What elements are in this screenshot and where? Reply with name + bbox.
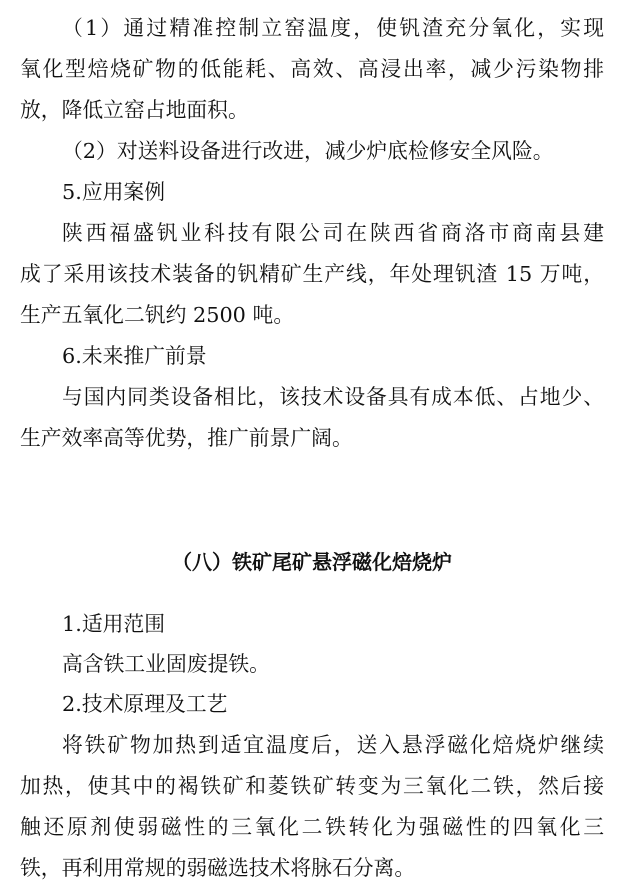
sub-2-heading: 2.技术原理及工艺 xyxy=(62,689,604,719)
sub-1-body: 高含铁工业固废提铁。 xyxy=(62,649,604,679)
paragraph-1-line-3: 放，降低立窑占地面积。 xyxy=(20,95,604,125)
section-5-body-line-2: 成了采用该技术装备的钒精矿生产线，年处理钒渣 15 万吨， xyxy=(20,259,604,289)
section-5-body-line-1: 陕西福盛钒业科技有限公司在陕西省商洛市商南县建 xyxy=(62,218,604,248)
section-6-heading: 6.未来推广前景 xyxy=(62,341,604,371)
sub-1-heading: 1.适用范围 xyxy=(62,609,604,639)
sub-2-body-line-1: 将铁矿物加热到适宜温度后，送入悬浮磁化焙烧炉继续 xyxy=(62,730,604,760)
section-5-heading: 5.应用案例 xyxy=(62,177,604,207)
sub-2-body-line-3: 触还原剂使弱磁性的三氧化二铁转化为强磁性的四氧化三 xyxy=(20,812,604,842)
sub-2-body-line-4: 铁，再利用常规的弱磁选技术将脉石分离。 xyxy=(20,853,604,883)
sub-2-body-line-2: 加热，使其中的褐铁矿和菱铁矿转变为三氧化二铁，然后接 xyxy=(20,771,604,801)
paragraph-1-line-2: 氧化型焙烧矿物的低能耗、高效、高浸出率，减少污染物排 xyxy=(20,54,604,84)
section-5-body-line-3: 生产五氧化二钒约 2500 吨。 xyxy=(20,300,604,330)
section-6-body-line-2: 生产效率高等优势，推广前景广阔。 xyxy=(20,423,604,453)
paragraph-2-line-1: （2）对送料设备进行改进，减少炉底检修安全风险。 xyxy=(62,136,604,166)
section-6-body-line-1: 与国内同类设备相比，该技术设备具有成本低、占地少、 xyxy=(62,382,604,412)
paragraph-1-line-1: （1）通过精准控制立窑温度，使钒渣充分氧化，实现 xyxy=(62,13,604,43)
chapter-8-title: （八）铁矿尾矿悬浮磁化焙烧炉 xyxy=(20,547,604,577)
